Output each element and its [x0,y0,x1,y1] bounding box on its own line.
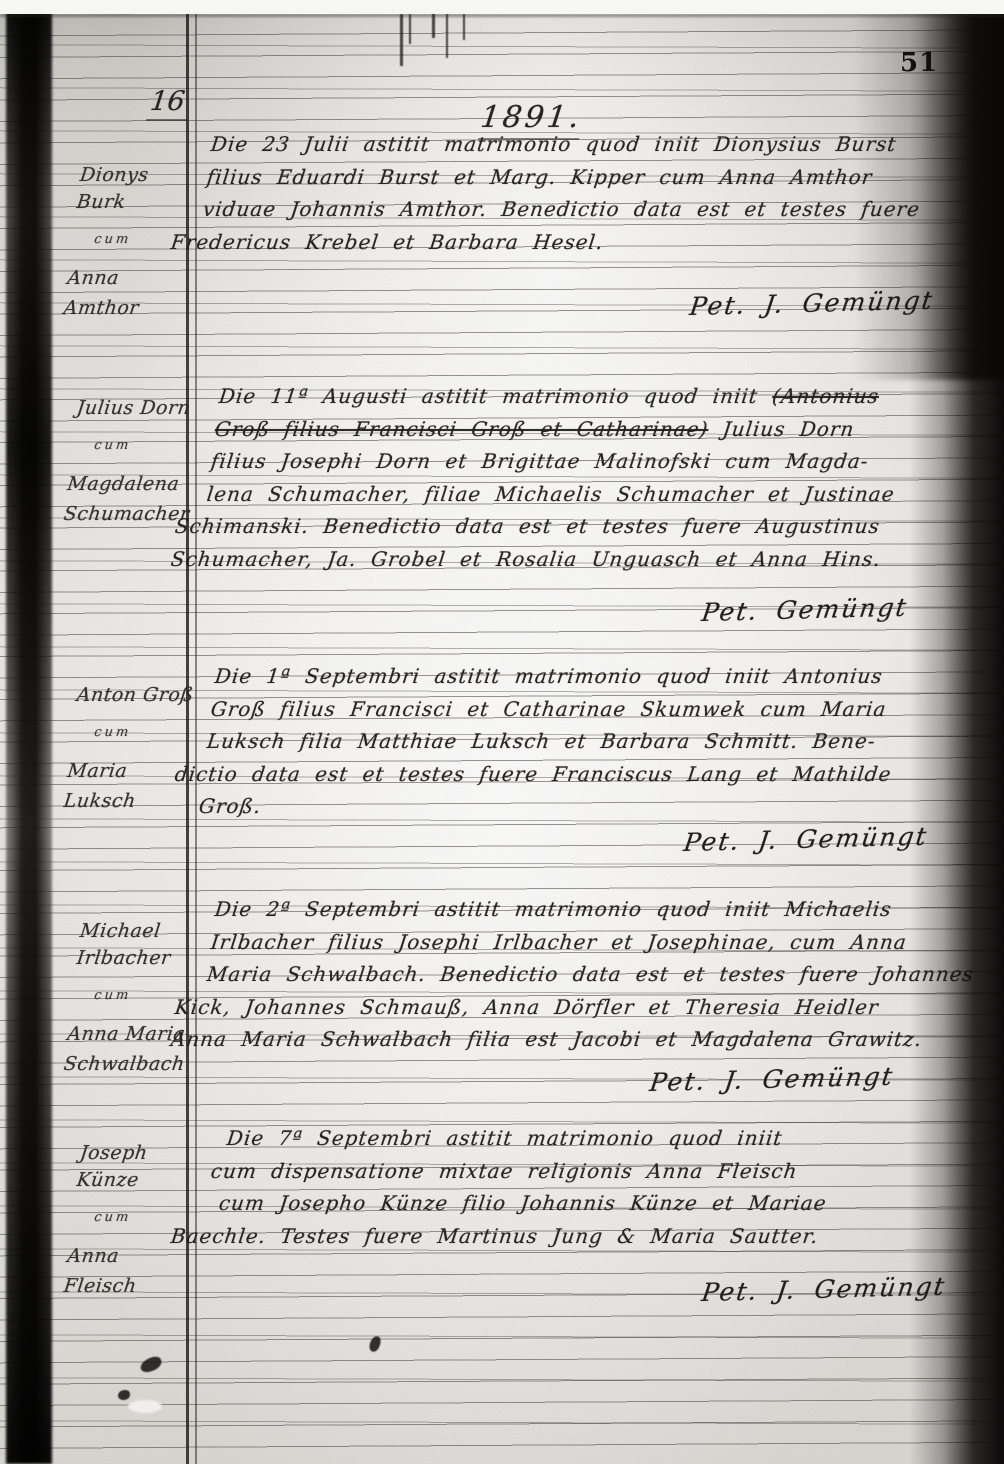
record-line: dictio data est et testes fuere Francisc… [173,758,990,791]
scan-streak [400,14,403,66]
record-line: Die 7ª Septembri astitit matrimonio quod… [225,1122,998,1155]
record-line: Schimanski. Benedictio data est et teste… [173,510,990,543]
record-text: Julius Dorn [707,417,856,441]
record-line: cum Josepho Künze filio Johannis Künze e… [217,1187,990,1220]
record-line: Kick, Johannes Schmauß, Anna Dörfler et … [173,991,990,1024]
margin-names-entry-2: Julius Dorn cum Magdalena Schumacher [62,395,196,529]
margin-groom-name: Anton Groß [76,684,195,706]
margin-connector: cum [93,432,192,459]
margin-groom-name: Michael Irlbacher [76,920,173,969]
scan-streak [463,14,465,40]
margin-groom-name: Dionys Burk [76,164,151,213]
record-line: Groß filius Francisci Groß et Catharinae… [213,413,1002,446]
struck-text: Groß filius Francisci Groß et Catharinae… [214,417,710,441]
record-line: Die 1ª Septembri astitit matrimonio quod… [213,660,1002,693]
record-entry-2: Die 11ª Augusti astitit matrimonio quod … [197,380,1004,576]
scan-edge-top [0,0,1004,14]
record-line: Schumacher, Ja. Grobel et Rosalia Unguas… [169,543,986,576]
record-entry-3: Die 1ª Septembri astitit matrimonio quod… [197,660,1002,823]
margin-bride-name: Maria Luksch [62,760,137,812]
margin-bride-name: Anna Amthor [62,267,140,319]
margin-groom-name: Joseph Künze [76,1142,149,1191]
record-line: Maria Schwalbach. Benedictio data est et… [205,958,994,991]
priest-signature-2: Pet. Gemüngt [700,593,910,627]
margin-groom-name: Julius Dorn [76,397,192,419]
margin-bride-name: Anna Maria Schwalbach [62,1023,186,1075]
record-entry-4: Die 2ª Septembri astitit matrimonio quod… [197,893,1002,1056]
margin-bride-name: Magdalena Schumacher [62,473,190,525]
record-line: Groß. [197,790,986,823]
margin-connector: cum [93,719,192,746]
record-line: Baechle. Testes fuere Martinus Jung & Ma… [169,1220,986,1253]
sheet-number: 16 [146,86,191,121]
record-line: cum dispensatione mixtae religionis Anna… [209,1155,994,1188]
struck-text: (Antonius [771,384,881,408]
record-line: lena Schumacher, filiae Michaelis Schuma… [205,478,994,511]
marriage-register-page: 16 1891. 51 Dionys Burk cum Anna Amthor … [0,0,1004,1464]
binding-shadow-left [6,12,52,1464]
scan-streak [409,14,411,44]
page-top-edge [0,14,1004,17]
record-text: Die 11ª Augusti astitit matrimonio quod … [218,384,774,408]
paper-spot [128,1400,162,1413]
record-line: filius Josephi Dorn et Brigittae Malinof… [209,445,998,478]
record-line: Irlbacher filius Josephi Irlbacher et Jo… [209,926,998,959]
margin-bride-name: Anna Fleisch [62,1245,137,1297]
record-line: Die 11ª Augusti astitit matrimonio quod … [217,380,1004,413]
record-line: Groß filius Francisci et Catharinae Skum… [209,693,998,726]
record-entry-5: Die 7ª Septembri astitit matrimonio quod… [197,1122,998,1252]
record-line: Luksch filia Matthiae Luksch et Barbara … [205,725,994,758]
binding-shadow-right-top [854,0,1004,380]
record-line: Anna Maria Schwalbach filia est Jacobi e… [169,1023,986,1056]
record-line: Die 2ª Septembri astitit matrimonio quod… [213,893,1002,926]
margin-names-entry-3: Anton Groß cum Maria Luksch [62,682,196,816]
